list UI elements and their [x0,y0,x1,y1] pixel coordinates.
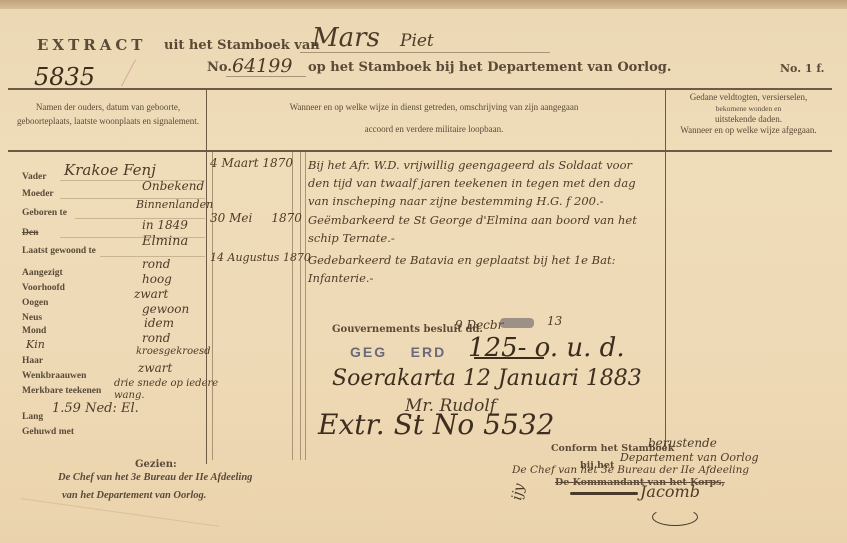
mouth-value: idem [144,316,174,330]
red-pencil-mark [121,60,136,87]
birthplace-value: Binnenlanden [136,198,213,211]
column-header-personal: Namen der ouders, datum van geboorte, ge… [10,100,206,128]
service-line: Bij het Afr. W.D. vrijwillig geengageerd… [308,156,636,174]
document-page: EXTRACT uit het Stamboek van Mars Piet 5… [0,0,847,543]
header-rule-top [8,88,832,90]
campaigns-header-line: Gedane veldtogten, versierselen, [666,92,831,103]
nose-value: gewoon [142,302,189,316]
chin-value: rond [142,331,170,345]
residence-value: Elmina [142,234,188,249]
service-text: Gedebarkeerd te Batavia en geplaatst bij… [308,251,615,287]
place-date: Soerakarta 12 Januari 1883 [332,366,642,391]
personal-details: Vader Krakoe Fenj Moeder Onbekend Gebore… [22,166,206,436]
stambook-number: 64199 [232,55,292,77]
register-number: 5835 [34,63,95,91]
extract-subtitle: uit het Stamboek van [164,38,320,53]
marks-value: drie snede op iedere wang. [114,378,224,402]
column-divider-2 [665,89,666,451]
personal-row-forehead: Voorhoofd hoog [22,277,206,292]
number-label: No. [207,60,232,75]
registered-stamp: GEG ERD [350,344,446,360]
field-label: Moeder [22,189,54,199]
service-line: van inscheping naar zijne bestemming H.G… [308,192,636,210]
service-date: 30 Mei 1870 [210,211,302,225]
signature: Jacomb [640,482,700,501]
chief-handwritten: De Chef van het 3e Bureau der IIe Afdeel… [512,464,749,476]
header-rule-bottom [8,150,832,152]
signature-flourish [570,492,638,495]
seen-line-1: De Chef van het 3e Bureau der IIe Afdeel… [58,472,252,483]
eyebrows-value: zwart [138,361,172,375]
department-handwritten: Departement van Oorlog [620,451,759,464]
department-title: op het Stamboek bij het Departement van … [308,60,671,75]
campaigns-header-line: Wanneer en op welke wijze afgegaan. [666,125,831,136]
service-text: Bij het Afr. W.D. vrijwillig geengageerd… [308,156,636,210]
column-header-campaigns: Gedane veldtogten, versierselen, bekomen… [666,92,831,136]
column-divider-1 [206,89,207,464]
field-label: Laatst gewoond te [22,246,96,256]
face-value: rond [142,257,170,271]
field-label: Gehuwd met [22,427,74,437]
seen-label: Gezien: [135,459,177,470]
signature-loop [652,508,698,526]
personal-row-height: Lang 1.59 Ned: El. [22,406,206,421]
service-date: 4 Maart 1870 [210,156,293,170]
decree-number: 13 [547,314,562,328]
service-entry: 30 Mei 1870 Geëmbarkeerd te St George d'… [210,211,665,251]
paper-fold [21,498,219,527]
personal-row-nose: Neus gewoon [22,307,206,320]
field-label: Geboren te [22,208,67,218]
mother-value: Onbekend [142,179,204,193]
personal-row-mouth: Mond idem [22,320,206,335]
service-line: Gedebarkeerd te Batavia en geplaatst bij… [308,251,615,269]
service-text: Geëmbarkeerd te St George d'Elmina aan b… [308,211,637,247]
father-value: Krakoe Fenj [64,161,156,179]
sheet-number: No. 1 f. [780,62,825,75]
personal-row-hair: Haar kroesgekroesd [22,350,206,365]
conform-handwritten: berustende [648,436,717,450]
person-surname: Mars [312,23,380,53]
extract-reference: Extr. St No 5532 [318,408,554,441]
ink-smudge [500,318,534,328]
column-header-service-1: Wanneer en op welke wijze in dienst getr… [210,100,658,114]
personal-row-married: Gehuwd met [22,421,206,436]
hair-value: kroesgekroesd [136,346,211,357]
initials: ijy [509,482,528,501]
person-given-name: Piet [400,31,434,51]
service-line: schip Ternate.- [308,229,637,247]
service-line: Geëmbarkeerd te St George d'Elmina aan b… [308,211,637,229]
campaigns-header-line: bekomene wonden en [666,103,831,114]
field-label: Merkbare teekenen [22,386,101,396]
birth-date-value: in 1849 [142,218,188,232]
field-label: Den [22,228,38,238]
forehead-value: hoog [142,272,172,286]
campaigns-header-line: uitstekende daden. [666,114,831,125]
page-top-edge [0,0,847,9]
service-date: 14 Augustus 1870 [210,251,311,264]
seen-line-2: van het Departement van Oorlog. [62,490,206,501]
service-entry: 14 Augustus 1870 Gedebarkeerd te Batavia… [210,251,665,291]
height-value: 1.59 Ned: El. [52,401,139,416]
service-record: 4 Maart 1870 Bij het Afr. W.D. vrijwilli… [210,156,665,291]
personal-row-face: Aangezigt rond [22,262,206,277]
personal-row-last-residence: Laatst gewoond te Elmina [22,240,206,262]
service-line: den tijd van twaalf jaren teekenen in te… [308,174,636,192]
amount-underline [474,357,544,359]
eyes-value: zwart [134,287,168,301]
service-entry: 4 Maart 1870 Bij het Afr. W.D. vrijwilli… [210,156,665,211]
column-header-service-2: accoord en verdere militaire loopbaan. [210,122,658,136]
number-underline [226,76,306,77]
field-label: Vader [22,172,46,182]
extract-title: EXTRACT [37,36,146,54]
service-line: Infanterie.- [308,269,615,287]
decree-date: 9 Decbr [455,318,503,332]
